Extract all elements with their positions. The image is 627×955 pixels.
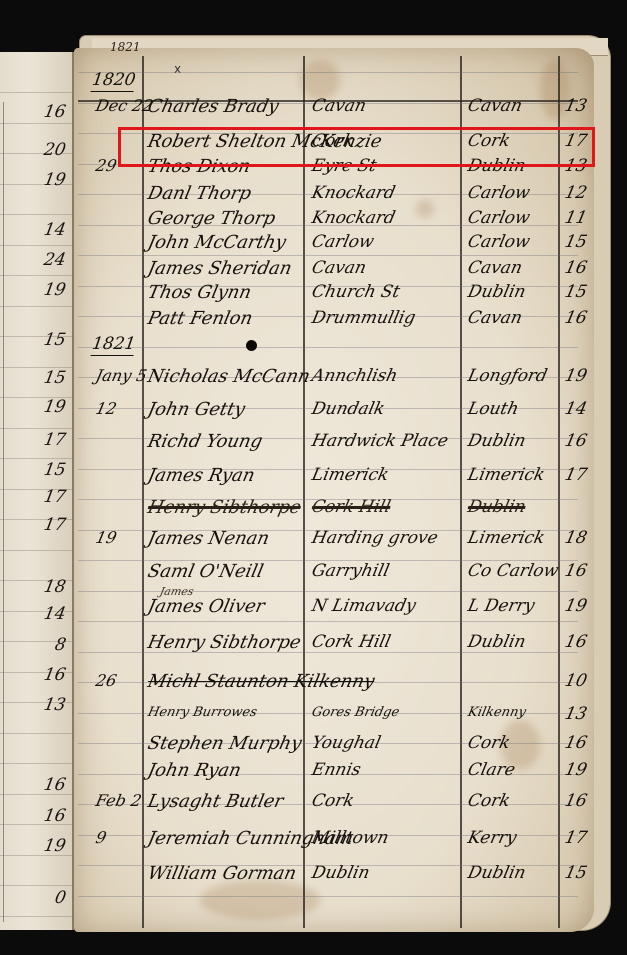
entry-age: 17 [563, 830, 588, 847]
ruled-line [78, 72, 578, 73]
ruled-line [78, 896, 578, 897]
entry-county: Co Carlow [466, 563, 560, 580]
left-page-number: 16 [43, 806, 68, 826]
entry-name: Danl Thorp [146, 185, 253, 203]
entry-county: Carlow [466, 185, 531, 202]
column-divider-county [558, 56, 560, 928]
column-divider-residence [460, 56, 462, 928]
entry-name: Richd Young [146, 433, 264, 451]
entry-name-note: James [159, 586, 195, 597]
entry-name: Henry Sibthorpe [146, 499, 302, 517]
entry-residence: Cork Hill [310, 634, 392, 651]
entry-county: Cavan [466, 98, 523, 115]
entry-date: 12 [94, 401, 118, 417]
left-page-number: 17 [43, 430, 68, 450]
entry-county: Carlow [466, 210, 531, 227]
left-facing-page: 1620191424191515191715171718148161316161… [0, 52, 74, 930]
entry-residence: Garryhill [310, 563, 390, 580]
ruled-line [0, 916, 74, 917]
entry-age: 16 [563, 735, 588, 752]
ruled-line [0, 214, 74, 215]
entry-county: Louth [466, 401, 520, 418]
entry-residence: Cork [310, 793, 355, 810]
entry-county: Carlow [466, 234, 531, 251]
entry-name: Patt Fenlon [146, 310, 254, 328]
entry-date: Jany 5 [94, 368, 148, 384]
left-page-number: 14 [43, 220, 68, 240]
ruled-line [78, 255, 578, 256]
entry-county: Kerry [466, 830, 518, 847]
column-divider-date [142, 56, 144, 928]
left-page-number: 15 [43, 460, 68, 480]
left-page-number: 14 [43, 604, 68, 624]
entry-name: Lysaght Butler [146, 793, 285, 811]
entry-residence: Carlow [310, 234, 375, 251]
entry-residence: Cork Hill [310, 499, 392, 516]
entry-residence: Knockard [310, 185, 396, 202]
entry-age: 13 [563, 98, 588, 115]
entry-name: James Ryan [146, 467, 256, 485]
left-page-number: 20 [43, 140, 68, 160]
entry-county: Dublin [466, 433, 527, 450]
stain [300, 60, 340, 100]
entry-name: Henry Burrowes [147, 706, 259, 719]
left-page-number: 8 [53, 635, 67, 655]
entry-date: 19 [94, 530, 118, 546]
left-page-column-line [3, 102, 4, 922]
ruled-line [0, 733, 74, 734]
header-mark: x [174, 62, 181, 76]
ruled-line [0, 245, 74, 246]
entry-name: Henry Sibthorpe [146, 634, 302, 652]
entry-age: 10 [563, 673, 588, 690]
entry-county: Dublin [466, 865, 527, 882]
left-page-number: 0 [53, 888, 67, 908]
entry-residence: Hardwick Place [310, 433, 449, 450]
entry-residence: Milltown [310, 830, 390, 847]
column-divider-name [303, 56, 305, 928]
entry-residence: Dundalk [310, 401, 386, 418]
ruled-line [0, 123, 74, 124]
entry-age: 19 [563, 762, 588, 779]
ruled-line [78, 591, 578, 592]
ruled-line [0, 885, 74, 886]
entry-age: 19 [563, 598, 588, 615]
left-page-number: 19 [43, 280, 68, 300]
entry-name: John Ryan [146, 762, 243, 780]
left-page-number: 18 [43, 577, 68, 597]
entry-name: Michl Staunton Kilkenny [146, 673, 376, 691]
entry-residence: Drummullig [310, 310, 417, 327]
entry-residence: Knockard [310, 210, 396, 227]
entry-name: Saml O'Neill [146, 563, 265, 581]
entry-date: 26 [94, 673, 118, 689]
entry-residence: Harding grove [310, 530, 439, 547]
entry-residence: Cavan [310, 98, 367, 115]
entry-name: Stephen Murphy [146, 735, 303, 753]
entry-name: Thos Glynn [146, 284, 253, 302]
entry-county: Dublin [466, 284, 527, 301]
entry-residence: N Limavady [310, 598, 417, 615]
highlight-box [118, 127, 595, 167]
entry-residence: Church St [310, 284, 401, 301]
entry-age: 11 [563, 210, 588, 227]
entry-county: L Derry [466, 598, 536, 615]
entry-age: 16 [563, 310, 588, 327]
left-page-number: 16 [43, 665, 68, 685]
entry-county: Kilkenny [467, 706, 527, 719]
ruled-line [0, 550, 74, 551]
entry-county: Limerick [466, 467, 546, 484]
left-page-number: 13 [43, 695, 68, 715]
entry-age: 16 [563, 563, 588, 580]
entry-age: 15 [563, 284, 588, 301]
entry-county: Limerick [466, 530, 546, 547]
ink-blot [246, 340, 257, 351]
entry-residence: Ennis [310, 762, 362, 779]
entry-county: Dublin [466, 499, 527, 516]
entry-name: James Nenan [146, 530, 271, 548]
entry-date: Feb 2 [94, 793, 143, 809]
entry-age: 15 [563, 865, 588, 882]
ruled-line [0, 92, 74, 93]
entry-residence: Annchlish [310, 368, 399, 385]
ruled-line [0, 763, 74, 764]
entry-name: James Oliver [146, 598, 266, 616]
left-page-number: 17 [43, 515, 68, 535]
entry-age: 16 [563, 260, 588, 277]
entry-age: 16 [563, 793, 588, 810]
entry-residence: Cavan [310, 260, 367, 277]
entry-age: 13 [563, 706, 588, 723]
left-page-number: 15 [43, 368, 68, 388]
left-page-number: 19 [43, 397, 68, 417]
ruled-line [0, 306, 74, 307]
entry-county: Longford [466, 368, 549, 385]
stain [416, 200, 434, 218]
entry-age: 16 [563, 433, 588, 450]
entry-county: Cork [466, 793, 511, 810]
entry-county: Cavan [466, 310, 523, 327]
entry-county: Cavan [466, 260, 523, 277]
top-page-fragment: 1821 [110, 40, 141, 54]
left-page-number: 16 [43, 775, 68, 795]
entry-name: Nicholas McCann [146, 368, 311, 386]
left-page-number: 19 [43, 170, 68, 190]
entry-age: 12 [563, 185, 588, 202]
left-page-number: 24 [43, 250, 68, 270]
entry-age: 14 [563, 401, 588, 418]
entry-county: Cork [466, 735, 511, 752]
entry-county: Clare [466, 762, 516, 779]
left-page-number: 16 [43, 102, 68, 122]
entry-name: George Thorp [146, 210, 277, 228]
entry-residence: Youghal [310, 735, 382, 752]
entry-age: 17 [563, 467, 588, 484]
entry-age: 19 [563, 368, 588, 385]
entry-residence: Limerick [310, 467, 390, 484]
entry-name: John McCarthy [146, 234, 287, 252]
entry-county: Dublin [466, 634, 527, 651]
ruled-line [0, 428, 74, 429]
year-heading: 1821 [90, 334, 136, 356]
entry-age: 18 [563, 530, 588, 547]
entry-residence: Dublin [310, 865, 371, 882]
entry-name: James Sheridan [146, 260, 293, 278]
left-page-number: 17 [43, 487, 68, 507]
ruled-line [0, 458, 74, 459]
left-page-number: 15 [43, 330, 68, 350]
ruled-line [78, 347, 578, 348]
entry-age: 16 [563, 634, 588, 651]
entry-age: 15 [563, 234, 588, 251]
entry-residence: Gores Bridge [311, 706, 401, 719]
entry-date: 29 [94, 158, 118, 174]
stain [200, 880, 320, 920]
left-page-number: 19 [43, 836, 68, 856]
ruled-line [0, 275, 74, 276]
entry-name: William Gorman [146, 865, 298, 883]
entry-name: John Getty [146, 401, 246, 419]
entry-date: Dec 22 [94, 98, 154, 114]
entry-name: Charles Brady [146, 98, 280, 116]
ruled-line [78, 621, 578, 622]
year-heading: 1820 [90, 70, 136, 92]
